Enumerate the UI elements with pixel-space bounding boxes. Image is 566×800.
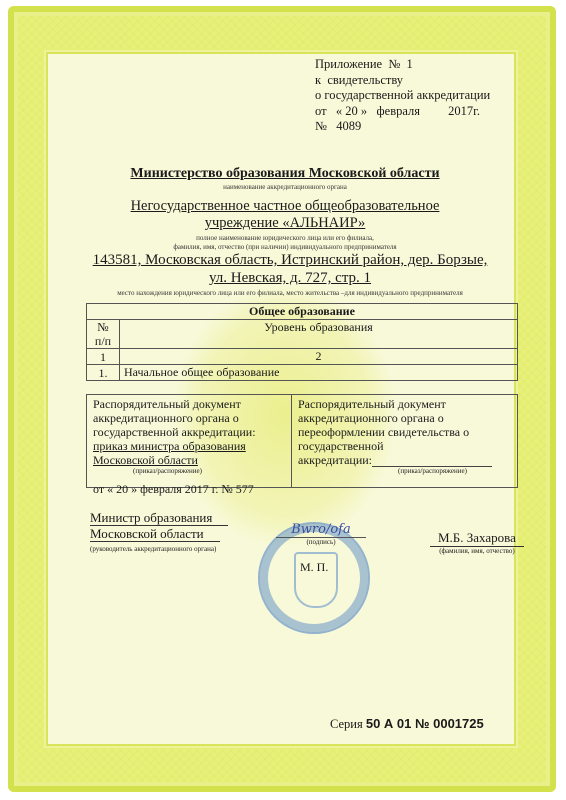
- order-documents-box: Распорядительный документ аккредитационн…: [86, 394, 518, 488]
- series-value: 50 А 01 № 0001725: [366, 716, 484, 731]
- appendix-date: от « 20 » февраля 2017г.: [315, 104, 490, 120]
- blank-field-line: [372, 456, 492, 467]
- doc-line: переоформлении свидетельства о: [298, 425, 511, 439]
- header-level: Уровень образования: [120, 320, 518, 349]
- appendix-number: № 4089: [315, 119, 490, 135]
- order-type: приказ министра образования: [93, 439, 285, 453]
- table-title: Общее образование: [87, 304, 518, 320]
- doc-line: государственной аккредитации:: [93, 425, 285, 439]
- table-row: 1. Начальное общее образование: [87, 365, 518, 381]
- doc-line: аккредитационного органа о: [298, 411, 511, 425]
- order-caption: (приказ/распоряжение): [298, 467, 511, 476]
- signatory-position: Министр образования Московской области (…: [90, 510, 228, 557]
- caption-line: полное наименование юридического лица ил…: [70, 234, 500, 243]
- appendix-line: о государственной аккредитации: [315, 88, 490, 104]
- header-num-line: №: [91, 320, 115, 334]
- doc-line: Распорядительный документ: [93, 397, 285, 411]
- organization-caption: полное наименование юридического лица ил…: [70, 234, 500, 252]
- position-line: Министр образования: [90, 510, 228, 526]
- signature-caption: (подпись): [256, 538, 386, 546]
- organization-name-line: Негосударственное частное общеобразовате…: [70, 198, 500, 215]
- organization-name: Негосударственное частное общеобразовате…: [70, 198, 500, 232]
- seal-label: М. П.: [300, 560, 328, 575]
- position-caption: (руководитель аккредитационного органа): [90, 542, 228, 557]
- education-levels-table: Общее образование № п/п Уровень образова…: [86, 303, 518, 381]
- address-caption: место нахождения юридического лица или е…: [40, 289, 540, 298]
- organization-address: 143581, Московская область, Истринский р…: [40, 251, 540, 287]
- signatory-name-block: М.Б. Захарова (фамилия, имя, отчество): [430, 530, 524, 555]
- table-index-row: 1 2: [87, 349, 518, 365]
- address-line: 143581, Московская область, Истринский р…: [40, 251, 540, 269]
- order-type: Московской области: [93, 453, 285, 467]
- header-num-line: п/п: [91, 334, 115, 348]
- row-level: Начальное общее образование: [120, 365, 518, 381]
- appendix-header: Приложение № 1 к свидетельству о государ…: [315, 57, 490, 135]
- series-label: Серия: [330, 717, 363, 731]
- header-num: № п/п: [87, 320, 120, 349]
- series-number: Серия 50 А 01 № 0001725: [330, 716, 484, 732]
- doc-line: аккредитационного органа о: [93, 411, 285, 425]
- appendix-line: Приложение № 1: [315, 57, 490, 73]
- accrediting-body-caption: наименование аккредитационного органа: [70, 183, 500, 192]
- doc-line: Распорядительный документ: [298, 397, 511, 411]
- name-caption: (фамилия, имя, отчество): [430, 547, 524, 555]
- doc-line: аккредитации:: [298, 453, 372, 467]
- address-line: ул. Невская, д. 727, стр. 1: [40, 269, 540, 287]
- index-cell: 2: [120, 349, 518, 365]
- row-num: 1.: [87, 365, 120, 381]
- position-line: Московской области: [90, 526, 220, 542]
- reissue-order: Распорядительный документ аккредитационн…: [292, 395, 517, 487]
- appendix-line: к свидетельству: [315, 73, 490, 89]
- handwritten-signature: Bwro/ofa: [276, 522, 366, 538]
- signature-block: Bwro/ofa (подпись): [256, 520, 386, 546]
- index-cell: 1: [87, 349, 120, 365]
- order-caption: (приказ/распоряжение): [93, 467, 285, 476]
- accrediting-body-name: Министерство образования Московской обла…: [70, 166, 500, 182]
- doc-line: государственной: [298, 439, 511, 453]
- signatory-name: М.Б. Захарова: [430, 530, 524, 547]
- order-date: от « 20 » февраля 2017 г. № 577: [93, 482, 285, 496]
- accreditation-order: Распорядительный документ аккредитационн…: [87, 395, 292, 487]
- organization-name-line: учреждение «АЛЬНАИР»: [70, 215, 500, 232]
